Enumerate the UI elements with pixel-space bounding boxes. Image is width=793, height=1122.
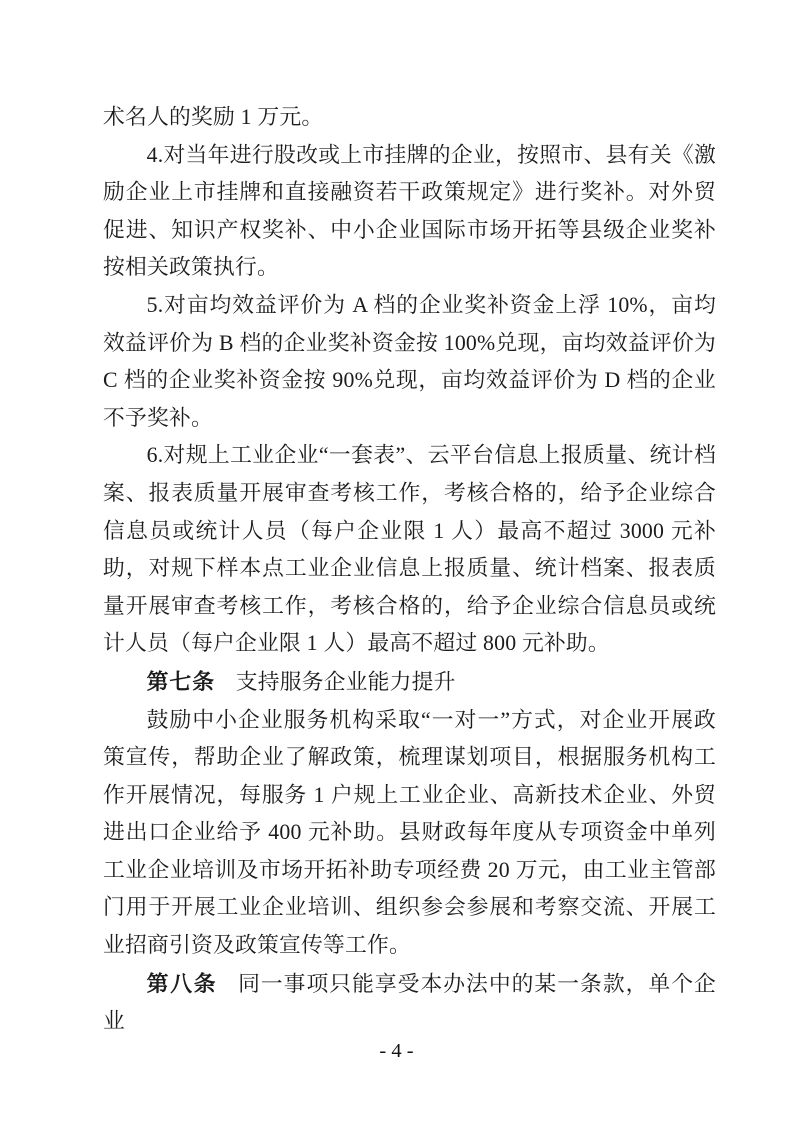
page-number: - 4 - [0,1038,793,1064]
article-7-title: 支持服务企业能力提升 [236,670,456,694]
document-body: 术名人的奖励 1 万元。 4.对当年进行股改或上市挂牌的企业，按照市、县有关《激… [103,99,716,1041]
article-8-label: 第八条 [147,971,239,996]
article-8-paragraph: 第八条同一事项只能享受本办法中的某一条款，单个企业 [103,965,716,1041]
paragraph-item-4: 4.对当年进行股改或上市挂牌的企业，按照市、县有关《激励企业上市挂牌和直接融资若… [103,137,716,287]
document-page: 术名人的奖励 1 万元。 4.对当年进行股改或上市挂牌的企业，按照市、县有关《激… [0,0,793,1122]
paragraph-continuation: 术名人的奖励 1 万元。 [103,99,716,137]
paragraph-item-5: 5.对亩均效益评价为 A 档的企业奖补资金上浮 10%，亩均效益评价为 B 档的… [103,287,716,437]
article-7-paragraph: 鼓励中小企业服务机构采取“一对一”方式，对企业开展政策宣传，帮助企业了解政策，梳… [103,702,716,965]
article-7-heading: 第七条支持服务企业能力提升 [103,663,716,702]
paragraph-item-6: 6.对规上工业企业“一套表”、云平台信息上报质量、统计档案、报表质量开展审查考核… [103,437,716,663]
article-7-label: 第七条 [147,669,236,694]
